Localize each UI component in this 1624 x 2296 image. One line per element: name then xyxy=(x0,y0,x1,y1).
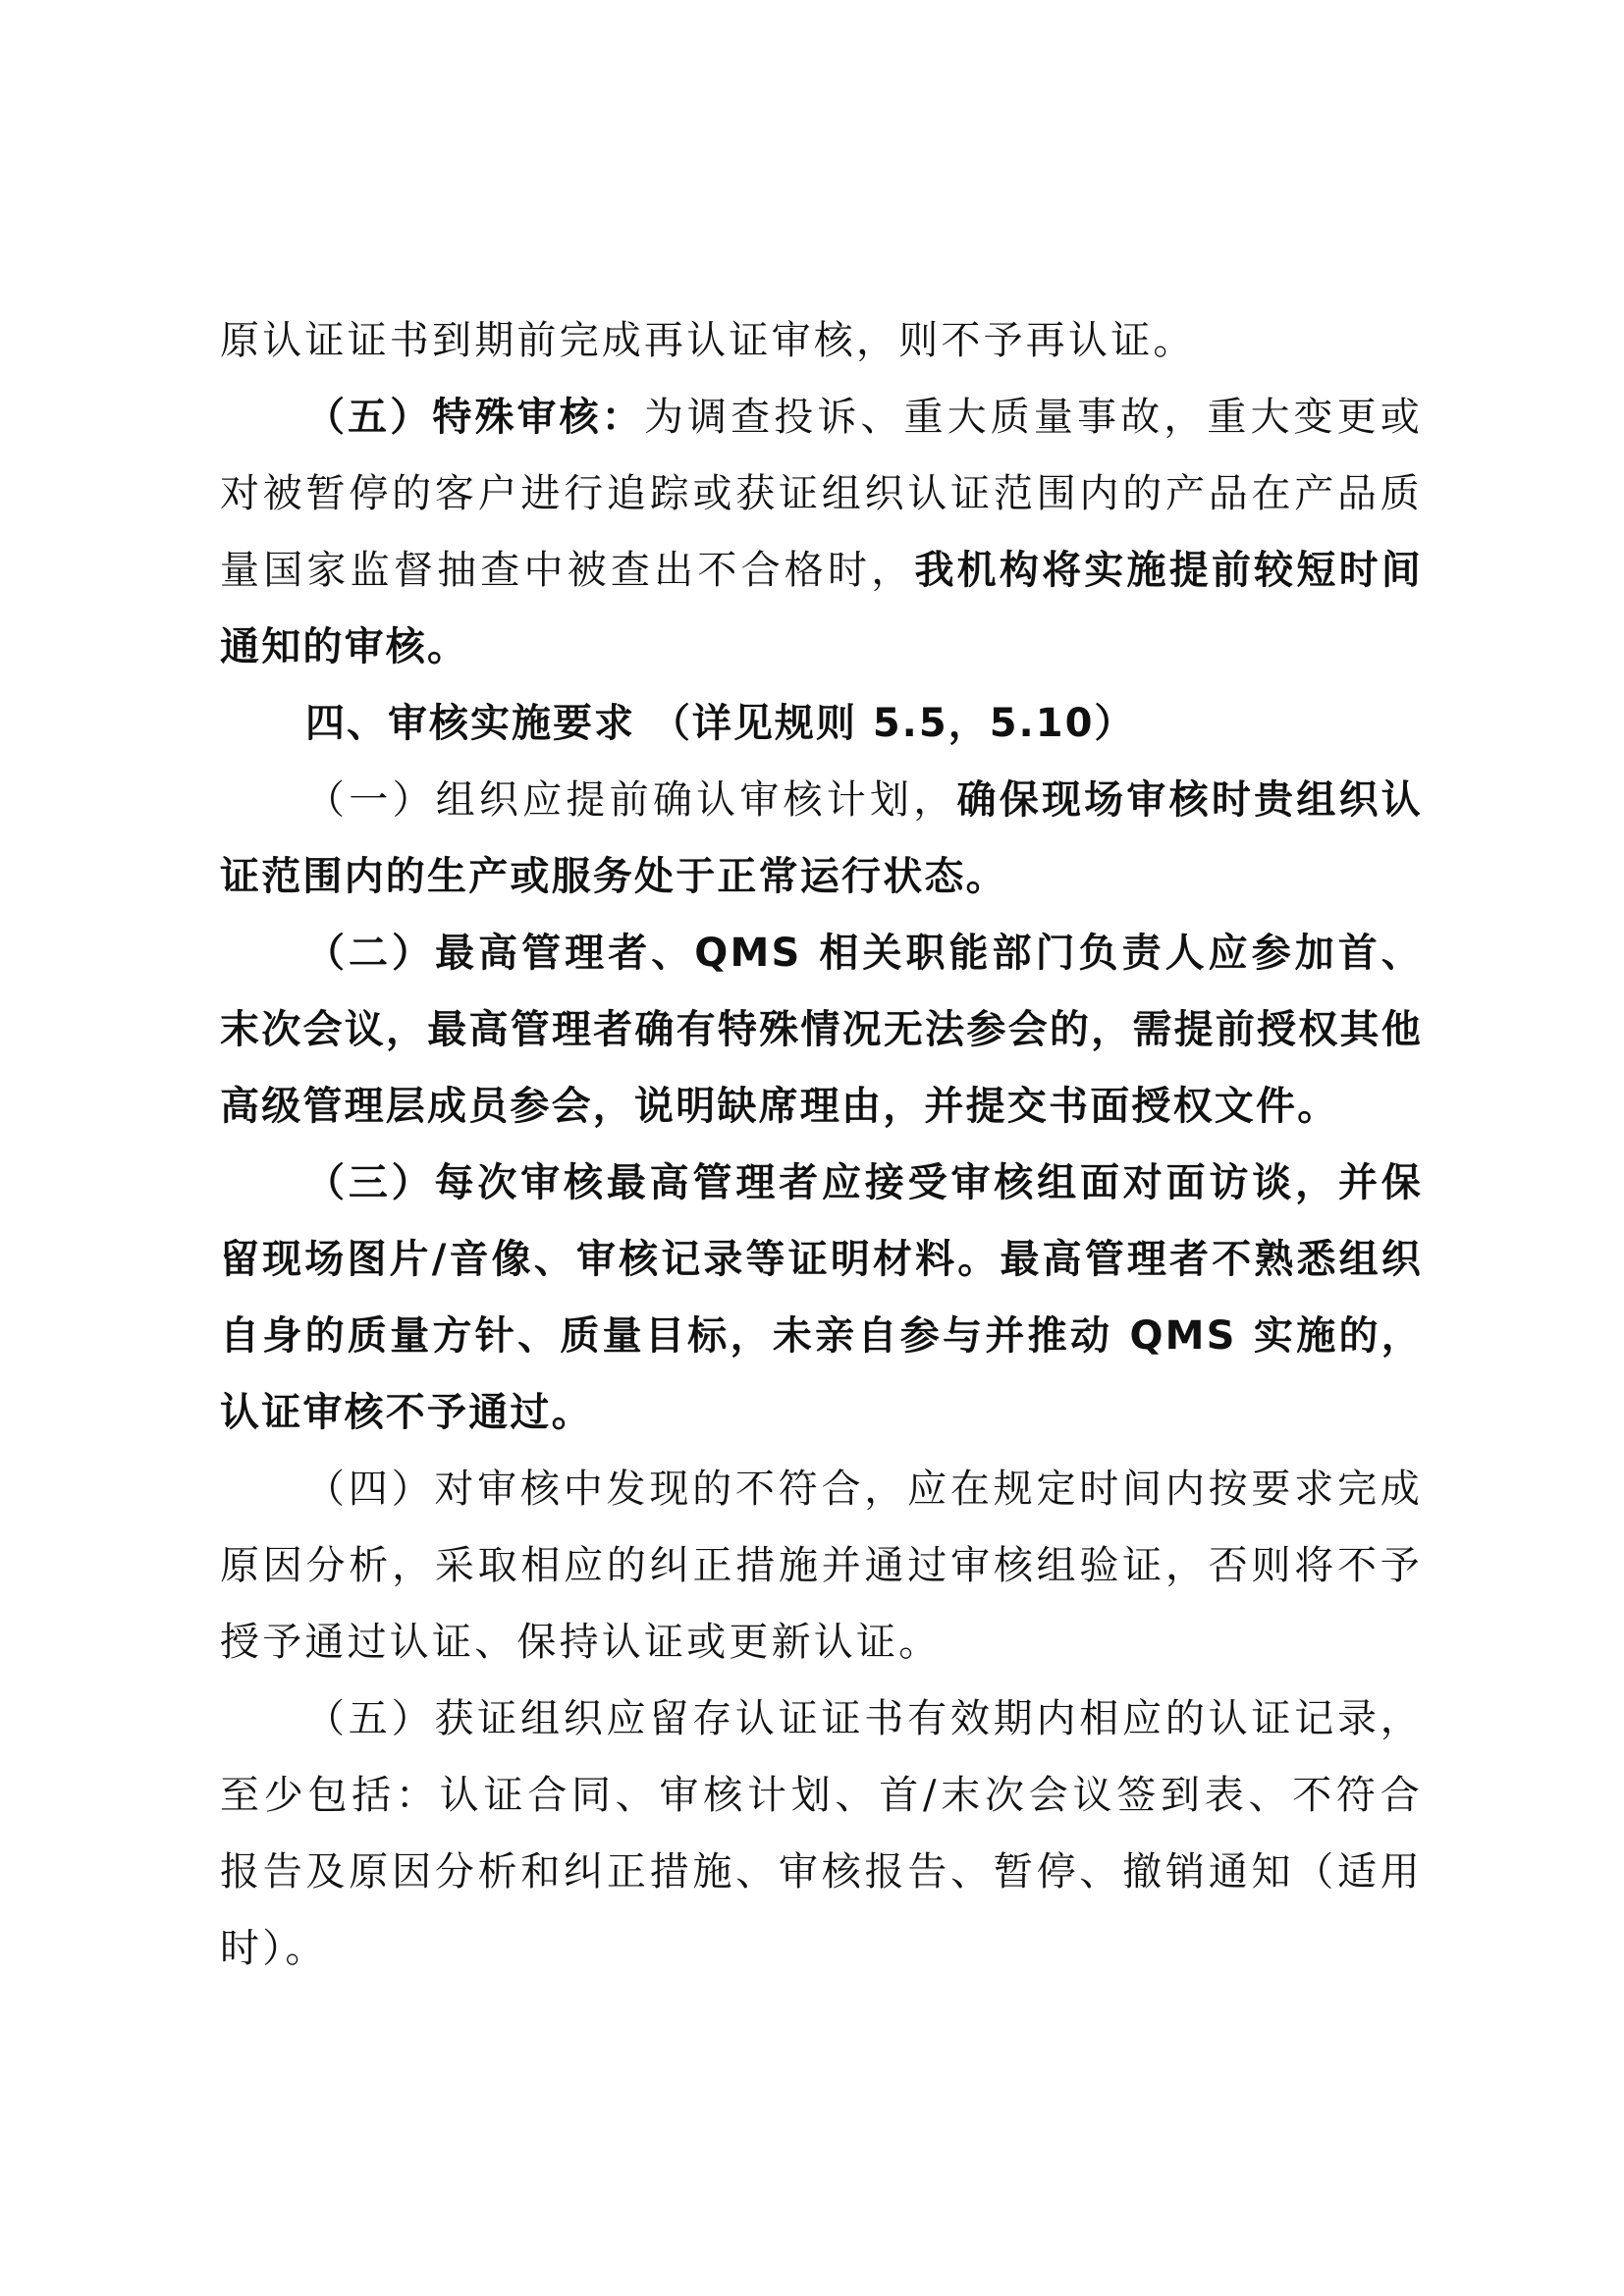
text-segment: 原认证证书到期前完成再认证审核，则不予再认证。 xyxy=(220,318,1196,363)
text-segment: （五）获证组织应留存认证证书有效期内相应的认证记录，至少包括：认证合同、审核计划… xyxy=(220,1696,1423,1971)
document-page: 原认证证书到期前完成再认证审核，则不予再认证。 （五）特殊审核：为调查投诉、重大… xyxy=(220,302,1423,1987)
section-item-1: （一）组织应提前确认审核计划，确保现场审核时贵组织认证范围内的生产或服务处于正常… xyxy=(220,762,1423,915)
section-item-3: （三）每次审核最高管理者应接受审核组面对面访谈，并保留现场图片/音像、审核记录等… xyxy=(220,1145,1423,1451)
text-segment-bold: （二）最高管理者、QMS 相关职能部门负责人应参加首、末次会议，最高管理者确有特… xyxy=(220,931,1423,1129)
paragraph-recertification-end: 原认证证书到期前完成再认证审核，则不予再认证。 xyxy=(220,302,1423,379)
section-heading: 四、审核实施要求 （详见规则 5.5，5.10） xyxy=(220,685,1423,762)
text-segment-bold: （三）每次审核最高管理者应接受审核组面对面访谈，并保留现场图片/音像、审核记录等… xyxy=(220,1160,1423,1435)
text-segment: （一）组织应提前确认审核计划， xyxy=(305,777,956,823)
special-audit-label: （五）特殊审核： xyxy=(305,395,644,440)
text-segment: （四）对审核中发现的不符合，应在规定时间内按要求完成原因分析，采取相应的纠正措施… xyxy=(220,1467,1423,1665)
paragraph-special-audit: （五）特殊审核：为调查投诉、重大质量事故，重大变更或对被暂停的客户进行追踪或获证… xyxy=(220,379,1423,685)
section-item-5: （五）获证组织应留存认证证书有效期内相应的认证记录，至少包括：认证合同、审核计划… xyxy=(220,1681,1423,1987)
section-item-2: （二）最高管理者、QMS 相关职能部门负责人应参加首、末次会议，最高管理者确有特… xyxy=(220,915,1423,1145)
section-item-4: （四）对审核中发现的不符合，应在规定时间内按要求完成原因分析，采取相应的纠正措施… xyxy=(220,1451,1423,1681)
